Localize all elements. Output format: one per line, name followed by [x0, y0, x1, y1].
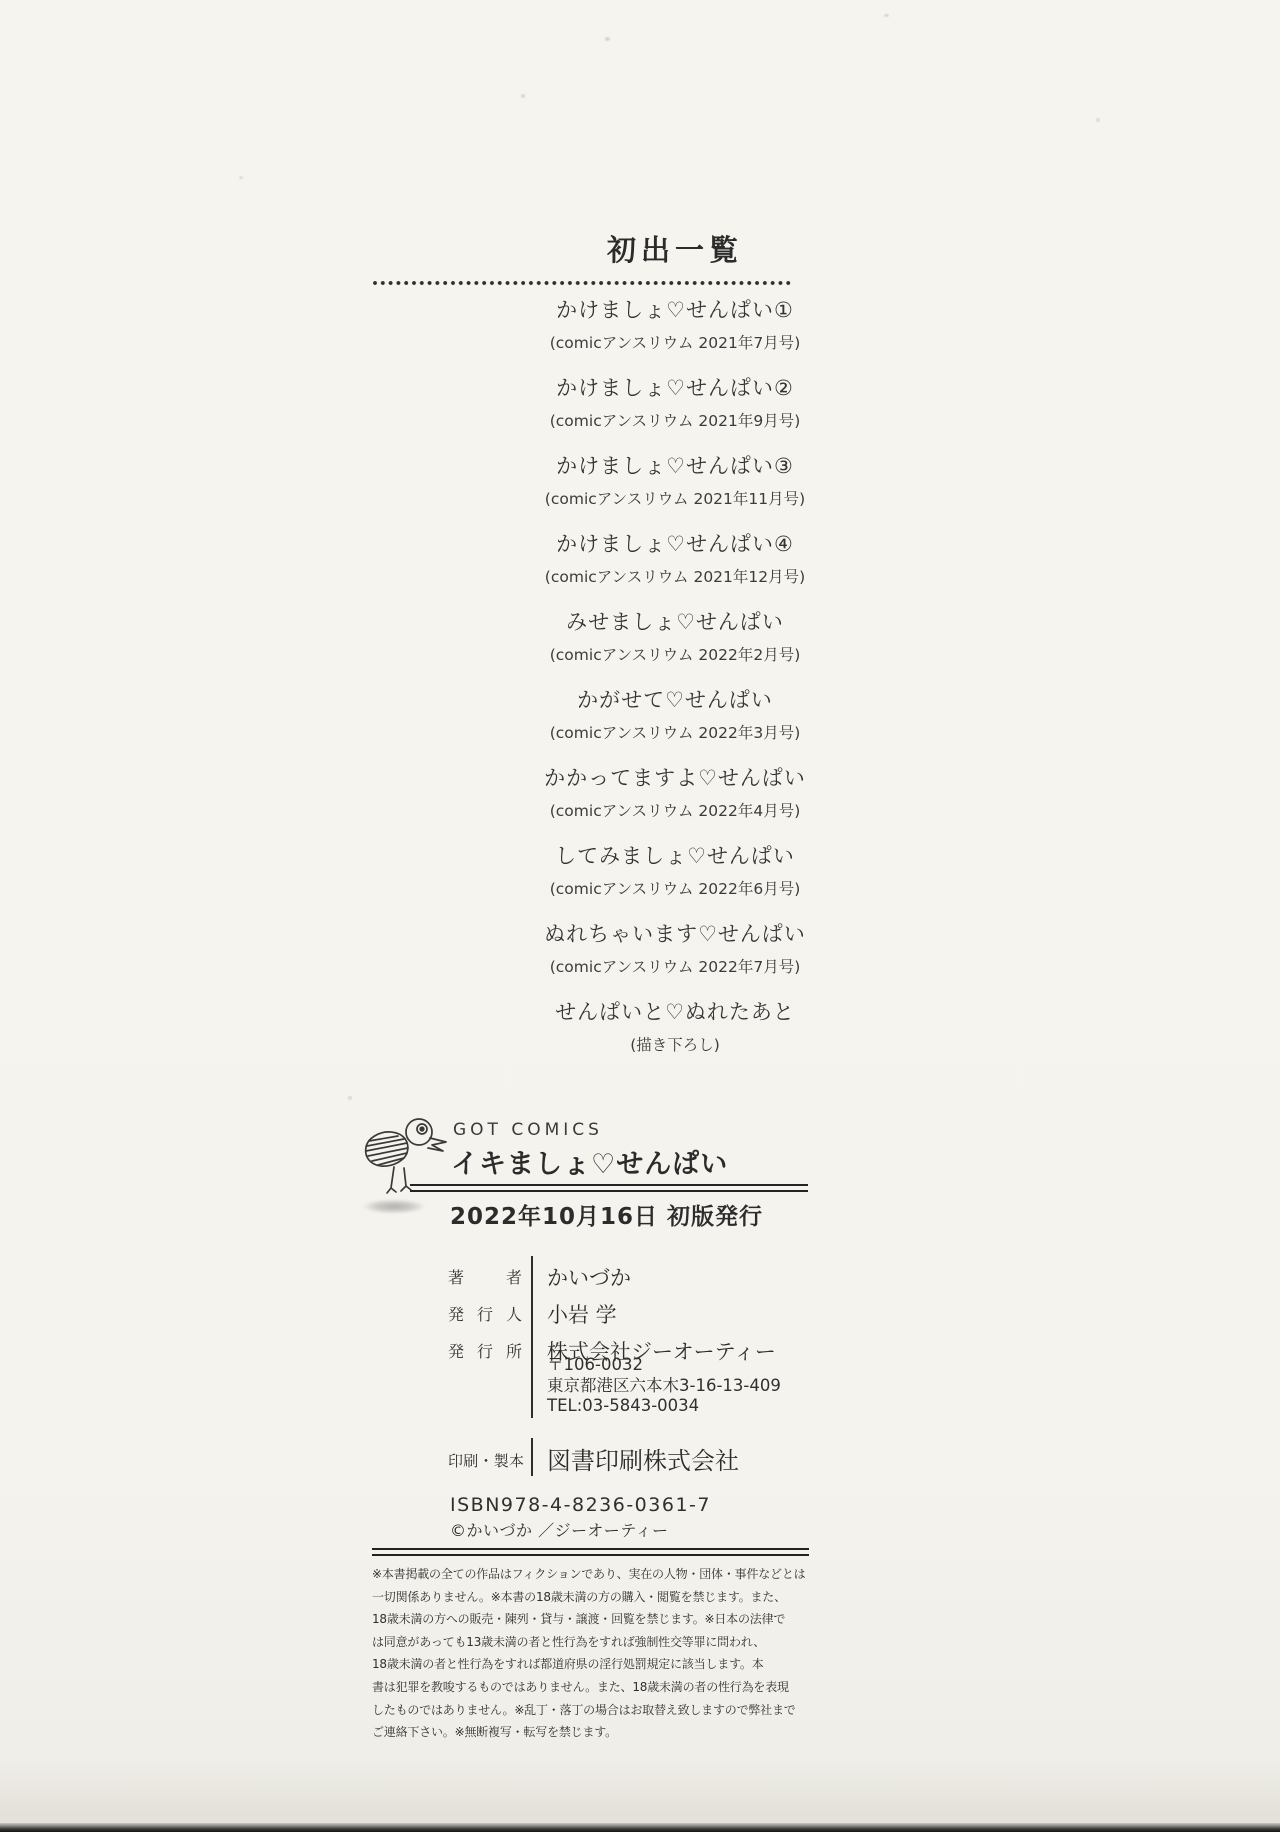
list-item: みせましょ♡せんぱい (comicアンスリウム 2022年2月号) — [475, 609, 875, 687]
printing-divider-bar — [531, 1438, 533, 1476]
credits-table: 著者 かいづか 発行人 小岩 学 発行所 株式会社ジーオーティー — [448, 1258, 808, 1369]
double-rule — [372, 1548, 809, 1556]
chapter-title: かがせて♡せんぱい — [475, 687, 875, 713]
scan-speck — [348, 1096, 352, 1100]
chapter-title: せんぱいと♡ぬれたあと — [475, 999, 875, 1025]
list-item: かかってますよ♡せんぱい (comicアンスリウム 2022年4月号) — [475, 765, 875, 843]
chapter-source: (comicアンスリウム 2021年12月号) — [475, 567, 875, 587]
address-line: 〒106-0032 — [547, 1355, 781, 1376]
list-item: かけましょ♡せんぱい③ (comicアンスリウム 2021年11月号) — [475, 453, 875, 531]
chapter-title: かけましょ♡せんぱい③ — [475, 453, 875, 479]
chapter-source: (comicアンスリウム 2022年4月号) — [475, 801, 875, 821]
scan-bottom-edge — [0, 1823, 1280, 1832]
copyright-line: ©かいづか ／ジーオーティー — [450, 1518, 669, 1541]
printing-label: 印刷・製本 — [448, 1450, 524, 1471]
imprint-label: GOT COMICS — [453, 1120, 603, 1140]
chapter-title: かかってますよ♡せんぱい — [475, 765, 875, 791]
print-date: 2022年10月16日 初版発行 — [450, 1198, 763, 1231]
scan-speck — [1096, 118, 1100, 122]
chapter-source: (comicアンスリウム 2022年7月号) — [475, 957, 875, 977]
disclaimer-line: 18歳未満の者と性行為をすれば都道府県の淫行処罰規定に該当します。本 — [372, 1653, 812, 1676]
disclaimer-line: は同意があっても13歳未満の者と性行為をすれば強制性交等罪に問われ、 — [372, 1631, 812, 1654]
address-line: 東京都港区六本木3-16-13-409 — [547, 1376, 781, 1397]
list-item: せんぱいと♡ぬれたあと (描き下ろし) — [475, 999, 875, 1077]
list-item: かけましょ♡せんぱい① (comicアンスリウム 2021年7月号) — [475, 297, 875, 375]
scan-speck — [884, 14, 889, 17]
chapter-title: かけましょ♡せんぱい④ — [475, 531, 875, 557]
list-item: ぬれちゃいます♡せんぱい (comicアンスリウム 2022年7月号) — [475, 921, 875, 999]
list-item: かけましょ♡せんぱい④ (comicアンスリウム 2021年12月号) — [475, 531, 875, 609]
credit-row: 著者 かいづか — [448, 1258, 808, 1295]
credit-value: かいづか — [522, 1262, 631, 1292]
publication-entries: かけましょ♡せんぱい① (comicアンスリウム 2021年7月号) かけましょ… — [475, 297, 875, 1077]
credit-label: 発行人 — [448, 1302, 522, 1325]
scanned-colophon-page: 初出一覧 かけましょ♡せんぱい① (comicアンスリウム 2021年7月号) … — [0, 0, 1280, 1832]
disclaimer-line: ご連絡下さい。※無断複写・転写を禁じます。 — [372, 1721, 812, 1744]
chapter-source: (comicアンスリウム 2022年6月号) — [475, 879, 875, 899]
credit-value: 小岩 学 — [522, 1299, 617, 1329]
disclaimer-line: したものではありません。※乱丁・落丁の場合はお取替え致しますので弊社まで — [372, 1699, 812, 1722]
credit-row: 発行人 小岩 学 — [448, 1295, 808, 1332]
list-item: してみましょ♡せんぱい (comicアンスリウム 2022年6月号) — [475, 843, 875, 921]
list-item: かがせて♡せんぱい (comicアンスリウム 2022年3月号) — [475, 687, 875, 765]
chapter-title: かけましょ♡せんぱい② — [475, 375, 875, 401]
chapter-source: (comicアンスリウム 2021年7月号) — [475, 333, 875, 353]
credit-label: 発行所 — [448, 1339, 522, 1362]
publisher-address: 〒106-0032 東京都港区六本木3-16-13-409 TEL:03-584… — [547, 1355, 781, 1417]
disclaimer-line: 18歳未満の方への販売・陳列・貸与・譲渡・回覧を禁じます。※日本の法律で — [372, 1608, 812, 1631]
scan-speck — [605, 37, 610, 41]
credit-label: 著者 — [448, 1265, 522, 1288]
chapter-title: かけましょ♡せんぱい① — [475, 297, 875, 323]
page-title: 初出一覧 — [475, 228, 875, 269]
disclaimer-line: 書は犯罪を教唆するものではありません。また、18歳未満の者の性行為を表現 — [372, 1676, 812, 1699]
list-item: かけましょ♡せんぱい② (comicアンスリウム 2021年9月号) — [475, 375, 875, 453]
chapter-source: (comicアンスリウム 2022年2月号) — [475, 645, 875, 665]
chapter-source: (comicアンスリウム 2021年11月号) — [475, 489, 875, 509]
chapter-source: (comicアンスリウム 2021年9月号) — [475, 411, 875, 431]
double-rule — [410, 1184, 808, 1192]
chapter-title: みせましょ♡せんぱい — [475, 609, 875, 635]
chapter-title: してみましょ♡せんぱい — [475, 843, 875, 869]
printing-company: 図書印刷株式会社 — [547, 1441, 739, 1476]
scan-speck — [521, 94, 525, 98]
disclaimer-line: 一切関係ありません。※本書の18歳未満の方の購入・閲覧を禁じます。また、 — [372, 1586, 812, 1609]
dotted-divider — [372, 280, 793, 286]
scan-speck — [239, 176, 243, 179]
chapter-source: (描き下ろし) — [475, 1035, 875, 1055]
disclaimer-paragraph: ※本書掲載の全ての作品はフィクションであり、実在の人物・団体・事件などとは 一切… — [372, 1563, 812, 1744]
scan-smudge — [362, 1199, 426, 1214]
chapter-title: ぬれちゃいます♡せんぱい — [475, 921, 875, 947]
address-line: TEL:03-5843-0034 — [547, 1396, 781, 1417]
book-title: イキましょ♡せんぱい — [451, 1142, 728, 1181]
isbn: ISBN978-4-8236-0361-7 — [450, 1494, 711, 1516]
disclaimer-line: ※本書掲載の全ての作品はフィクションであり、実在の人物・団体・事件などとは — [372, 1563, 812, 1586]
chapter-source: (comicアンスリウム 2022年3月号) — [475, 723, 875, 743]
